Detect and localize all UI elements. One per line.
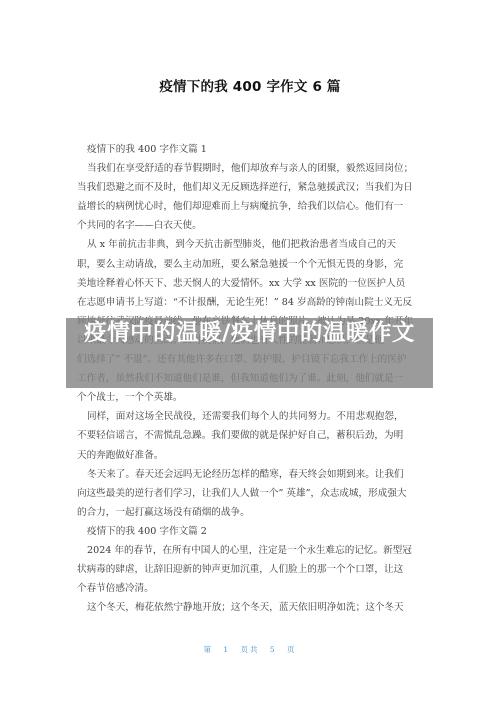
document-line: 2024 年的春节，在所有中国人的心里，注定是一个永生难忘的记忆。新型冠 — [77, 541, 423, 560]
document-line: 状病毒的肆虐，让辞旧迎新的钟声更加沉重，人们脸上的那一个个口罩，让这 — [77, 560, 423, 579]
document-line: 在志愿申请书上写道：“不计报酬，无论生死！” 84 岁高龄的钟南山院士义无反 — [77, 293, 423, 312]
document-line: 疫情下的我 400 字作文篇 2 — [77, 522, 423, 541]
document-line: 同样，面对这场全民战役，还需要我们每个人的共同努力。不用悲观抱怨， — [77, 407, 423, 426]
document-line: 个共同的名字——白衣天使。 — [77, 216, 423, 235]
document-line: 天的奔跑做好准备。 — [77, 446, 423, 465]
document-line: 美地诠释着心怀天下、悲天悯人的大爱情怀。xx 大学 xx 医院的一位医护人员 — [77, 274, 423, 293]
document-line: 疫情下的我 400 字作文篇 1 — [77, 140, 423, 159]
page-indicator: 第 1 页共 5 页 — [0, 644, 500, 655]
document-line: 冬天来了。春天还会远吗无论经历怎样的酷寒，春天终会如期到来。让我们 — [77, 465, 423, 484]
overlay-banner-title: 疫情中的温暖/疫情中的温暖作文 — [66, 320, 433, 346]
document-line: 向这些最美的逆行者们学习，让我们人人做一个” 英雄”，众志成城，形成强大 — [77, 484, 423, 503]
document-line: 当我们在享受舒适的春节假期时，他们却放弃与亲人的团聚，毅然返回岗位； — [77, 159, 423, 178]
document-line: 这个冬天，梅花依然宁静地开放；这个冬天，蓝天依旧明净如洗；这个冬天 — [77, 598, 423, 617]
document-line: 益增长的病例忧心时，他们却迎难而上与病魔抗争，给我们以信心。他们有一 — [77, 197, 423, 216]
document-line: 从 x 年前抗击非典，到今天抗击新型肺炎，他们把救治患者当成自己的天 — [77, 235, 423, 254]
document-line: 的合力，一起打赢这场没有硝烟的战争。 — [77, 503, 423, 522]
document-title: 疫情下的我 400 字作文 6 篇 — [0, 75, 500, 95]
document-line: 不要轻信谣言，不需慌乱急躁。我们要做的就是保护好自己，蓄积后劲，为明 — [77, 426, 423, 445]
document-line: 当我们恐避之而不及时，他们却义无反顾选择逆行，紧急驰援武汉；当我们为日 — [77, 178, 423, 197]
document-line: 个春节倍感冷清。 — [77, 579, 423, 598]
document-line: 职，要么主动请战，要么主动加班，要么紧急驰援一个个无惧无畏的身影，完 — [77, 255, 423, 274]
document-line: 个个战士，一个个英雄。 — [77, 388, 423, 407]
